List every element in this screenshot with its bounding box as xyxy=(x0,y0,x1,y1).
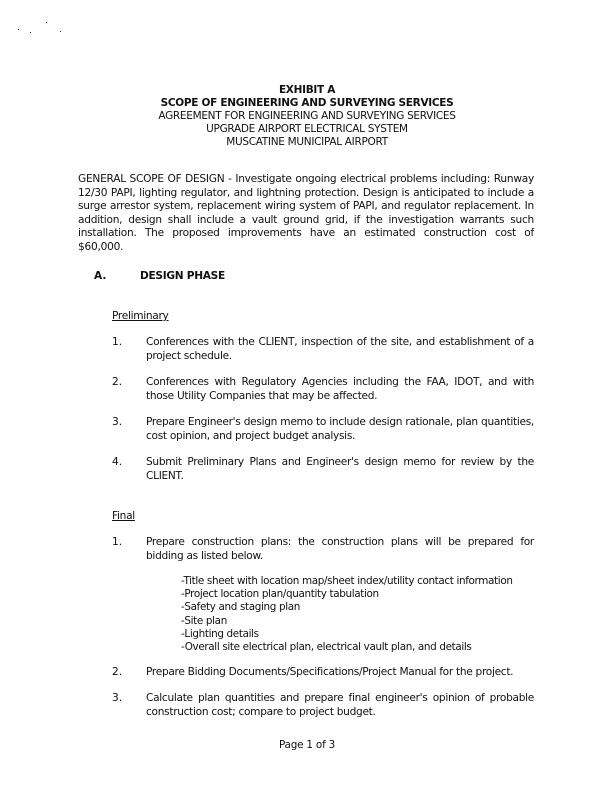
plan-sheet-item: -Overall site electrical plan, electrica… xyxy=(181,641,513,654)
section-letter: A. xyxy=(94,270,106,282)
scope-title: SCOPE OF ENGINEERING AND SURVEYING SERVI… xyxy=(0,97,614,110)
preliminary-item: Conferences with the CLIENT, inspection … xyxy=(146,336,534,363)
airport-name: MUSCATINE MUNICIPAL AIRPORT xyxy=(0,136,614,149)
section-title: DESIGN PHASE xyxy=(140,270,225,282)
preliminary-item: Conferences with Regulatory Agencies inc… xyxy=(146,376,534,403)
preliminary-item-number: 3. xyxy=(112,416,122,430)
final-item-number: 2. xyxy=(112,666,122,680)
scan-artifacts xyxy=(18,22,78,42)
agreement-title: AGREEMENT FOR ENGINEERING AND SURVEYING … xyxy=(0,110,614,123)
final-item-number: 3. xyxy=(112,692,122,706)
preliminary-item-number: 1. xyxy=(112,336,122,350)
final-item: Prepare Bidding Documents/Specifications… xyxy=(146,666,534,680)
page-number: Page 1 of 3 xyxy=(0,739,614,751)
final-item: Prepare construction plans: the construc… xyxy=(146,536,534,563)
final-item-number: 1. xyxy=(112,536,122,550)
project-title: UPGRADE AIRPORT ELECTRICAL SYSTEM xyxy=(0,123,614,136)
plan-sheet-item: -Project location plan/quantity tabulati… xyxy=(181,588,513,601)
final-item: Calculate plan quantities and prepare fi… xyxy=(146,692,534,719)
general-scope-paragraph: GENERAL SCOPE OF DESIGN - Investigate on… xyxy=(78,173,534,255)
preliminary-item-number: 4. xyxy=(112,456,122,470)
preliminary-item-number: 2. xyxy=(112,376,122,390)
preliminary-item: Submit Preliminary Plans and Engineer's … xyxy=(146,456,534,483)
exhibit-label: EXHIBIT A xyxy=(0,84,614,97)
preliminary-heading: Preliminary xyxy=(112,310,169,322)
plan-sheet-item: -Title sheet with location map/sheet ind… xyxy=(181,575,513,588)
preliminary-item: Prepare Engineer's design memo to includ… xyxy=(146,416,534,443)
plan-sheet-item: -Safety and staging plan xyxy=(181,601,513,614)
plan-sheet-list: -Title sheet with location map/sheet ind… xyxy=(181,575,513,654)
plan-sheet-item: -Site plan xyxy=(181,615,513,628)
final-heading: Final xyxy=(112,510,135,522)
plan-sheet-item: -Lighting details xyxy=(181,628,513,641)
